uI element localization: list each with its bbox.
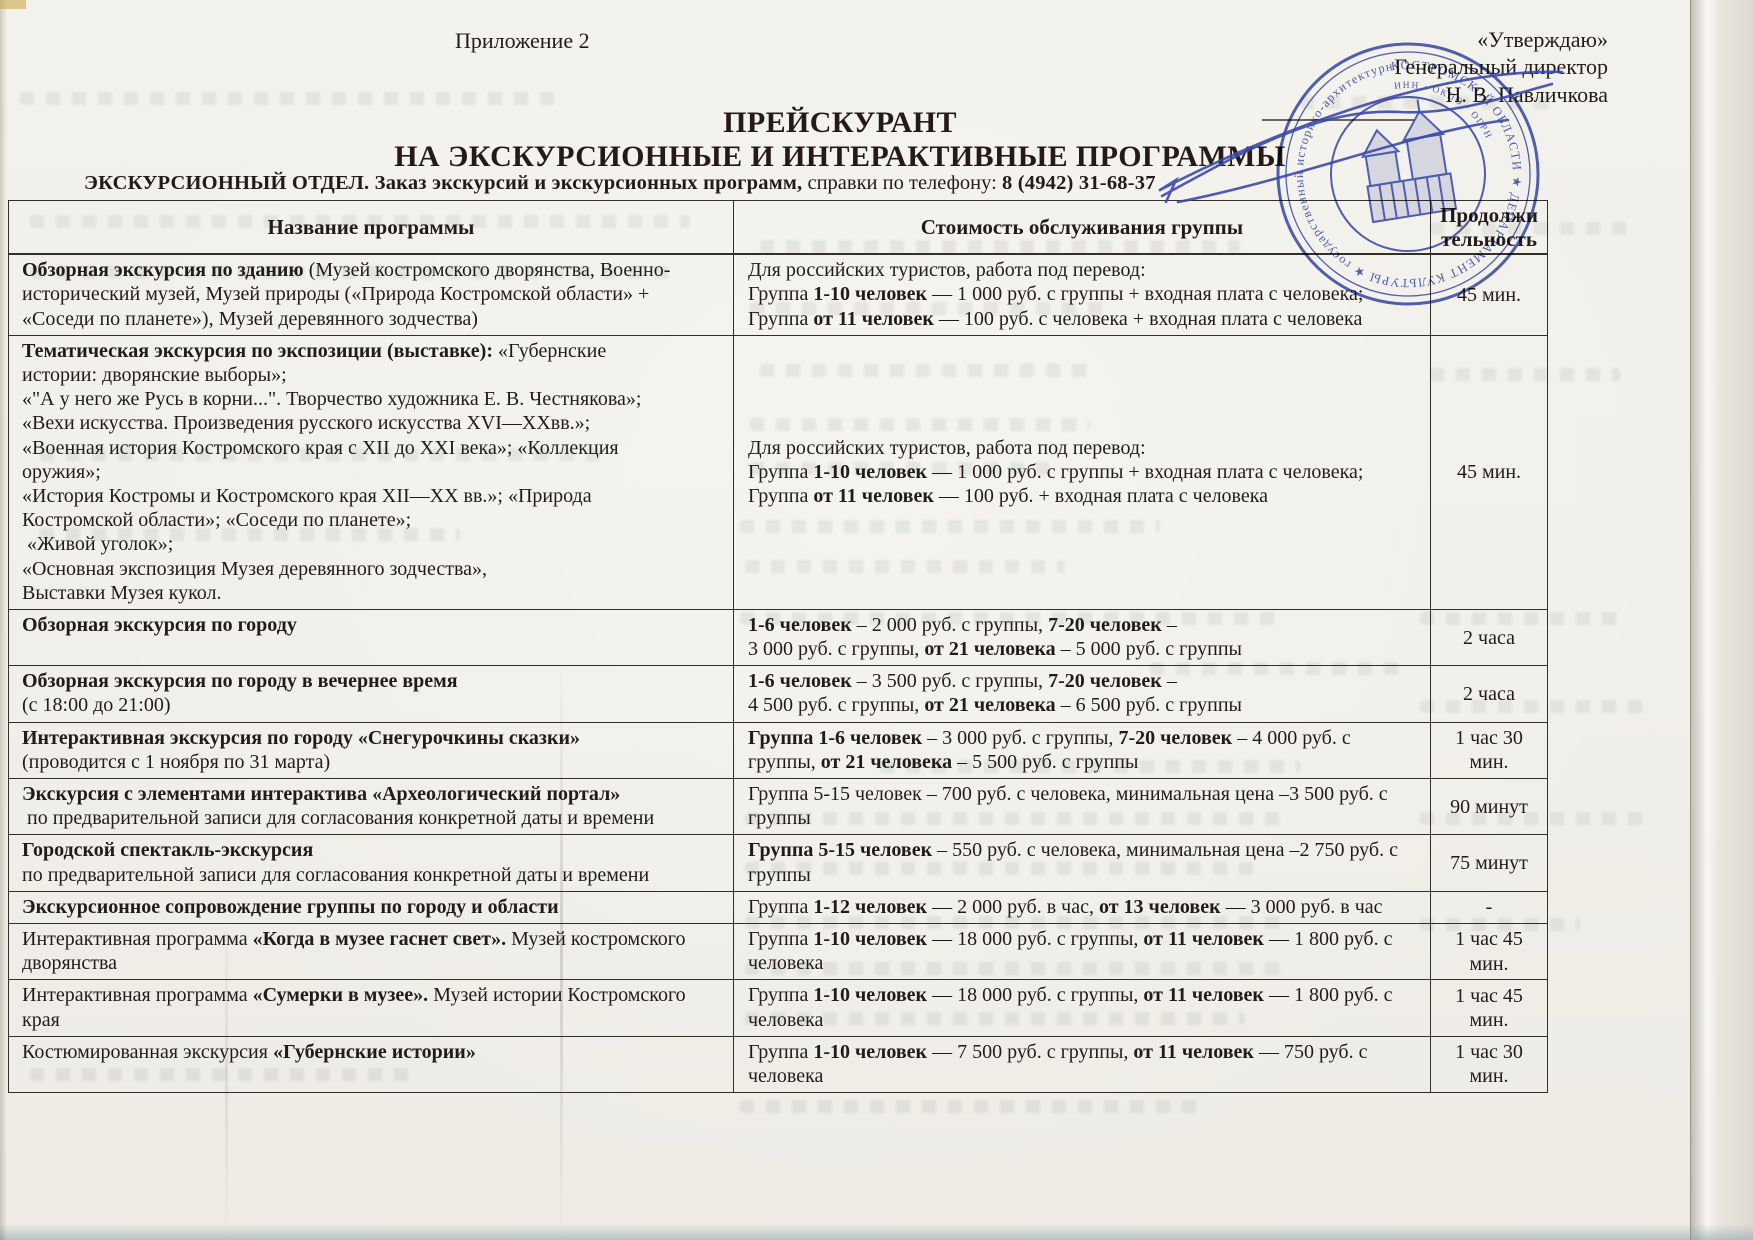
cell-line: Обзорная экскурсия по зданию (Музей кост…: [22, 258, 723, 331]
cell-line: «Военная история Костромского края с XII…: [22, 436, 723, 460]
scan-bleed-artifact: [20, 92, 560, 105]
cell-price: Группа 1-10 человек — 7 500 руб. с групп…: [734, 1036, 1431, 1092]
cell-duration: 2 часа: [1431, 666, 1548, 722]
cell-name: Обзорная экскурсия по городу: [9, 609, 734, 665]
cell-line: Группа 1-6 человек – 3 000 руб. с группы…: [748, 726, 1422, 774]
price-table-body: Обзорная экскурсия по зданию (Музей кост…: [9, 254, 1548, 1092]
cell-line: 3 000 руб. с группы, от 21 человека – 5 …: [748, 637, 1422, 661]
cell-line: 2 часа: [1434, 682, 1544, 706]
cell-price: Группа 1-10 человек — 18 000 руб. с груп…: [734, 923, 1431, 979]
cell-line: Группа 1-10 человек — 18 000 руб. с груп…: [748, 983, 1422, 1031]
cell-line: Обзорная экскурсия по городу: [22, 613, 723, 637]
cell-line: 1-6 человек – 3 500 руб. с группы, 7-20 …: [748, 669, 1422, 693]
cell-name: Тематическая экскурсия по экспозиции (вы…: [9, 335, 734, 609]
cell-line: Для российских туристов, работа под пере…: [748, 436, 1422, 460]
cell-price: Группа 1-10 человек — 18 000 руб. с груп…: [734, 980, 1431, 1036]
scan-left-shadow: [0, 0, 7, 1240]
cell-duration: 1 час 30мин.: [1431, 722, 1548, 778]
price-table: Название программы Стоимость обслуживани…: [8, 200, 1548, 1093]
subtitle-department: ЭКСКУРСИОННЫЙ ОТДЕЛ.: [84, 172, 369, 194]
cell-line: Обзорная экскурсия по городу в вечернее …: [22, 669, 723, 693]
cell-line: Группа 1-10 человек — 18 000 руб. с груп…: [748, 927, 1422, 975]
cell-duration: 1 час 45мин.: [1431, 923, 1548, 979]
cell-line: (с 18:00 до 21:00): [22, 693, 723, 717]
subtitle-phone-label: справки по телефону:: [802, 172, 1002, 194]
cell-line: мин.: [1434, 1064, 1544, 1088]
cell-line: Группа 1-12 человек — 2 000 руб. в час, …: [748, 895, 1422, 919]
cell-line: 75 минут: [1434, 851, 1544, 875]
cell-price: Группа 5-15 человек – 700 руб. с человек…: [734, 779, 1431, 835]
subtitle-order-text: Заказ экскурсий и экскурсионных программ…: [369, 172, 802, 194]
cell-line: «Вехи искусства. Произведения русского и…: [22, 411, 723, 435]
cell-line: (проводится с 1 ноября по 31 марта): [22, 750, 723, 774]
cell-line: мин.: [1434, 952, 1544, 976]
cell-name: Экскурсия с элементами интерактива «Архе…: [9, 779, 734, 835]
cell-line: Костромской области»; «Соседи по планете…: [22, 508, 723, 532]
table-row: Обзорная экскурсия по городу в вечернее …: [9, 666, 1548, 722]
cell-line: Группа 1-10 человек — 7 500 руб. с групп…: [748, 1040, 1422, 1088]
cell-line: Экскурсионное сопровождение группы по го…: [22, 895, 723, 919]
table-row: Интерактивная программа «Сумерки в музее…: [9, 980, 1548, 1036]
scan-bleed-artifact: [740, 1100, 1200, 1113]
cell-duration: 1 час 30мин.: [1431, 1036, 1548, 1092]
table-row: Костюмированная экскурсия «Губернские ис…: [9, 1036, 1548, 1092]
cell-name: Обзорная экскурсия по зданию (Музей кост…: [9, 254, 734, 335]
page-edge-fold: [1690, 0, 1753, 1240]
cell-line: Группа 5-15 человек – 700 руб. с человек…: [748, 782, 1422, 830]
cell-line: 1 час 45: [1434, 984, 1544, 1008]
cell-line: истории: дворянские выборы»;: [22, 363, 723, 387]
cell-duration: 45 мин.: [1431, 335, 1548, 609]
cell-line: Интерактивная программа «Когда в музее г…: [22, 927, 723, 975]
cell-name: Интерактивная программа «Сумерки в музее…: [9, 980, 734, 1036]
cell-duration: -: [1431, 891, 1548, 923]
cell-line: мин.: [1434, 1008, 1544, 1032]
cell-line: 1 час 45: [1434, 927, 1544, 951]
cell-line: 1 час 30: [1434, 1040, 1544, 1064]
table-row: Тематическая экскурсия по экспозиции (вы…: [9, 335, 1548, 609]
cell-line: 1-6 человек – 2 000 руб. с группы, 7-20 …: [748, 613, 1422, 637]
cell-name: Интерактивная программа «Когда в музее г…: [9, 923, 734, 979]
table-row: Интерактивная программа «Когда в музее г…: [9, 923, 1548, 979]
cell-line: «История Костромы и Костромского края XI…: [22, 484, 723, 508]
cell-line: 2 часа: [1434, 626, 1544, 650]
cell-price: 1-6 человек – 2 000 руб. с группы, 7-20 …: [734, 609, 1431, 665]
cell-line: Интерактивная программа «Сумерки в музее…: [22, 983, 723, 1031]
cell-duration: 90 минут: [1431, 779, 1548, 835]
handwritten-signature: [1100, 20, 1620, 290]
cell-price: Для российских туристов, работа под пере…: [734, 335, 1431, 609]
cell-price: Группа 1-6 человек – 3 000 руб. с группы…: [734, 722, 1431, 778]
cell-duration: 2 часа: [1431, 609, 1548, 665]
cell-name: Интерактивная экскурсия по городу «Снегу…: [9, 722, 734, 778]
cell-line: 1 час 30: [1434, 726, 1544, 750]
cell-name: Костюмированная экскурсия «Губернские ис…: [9, 1036, 734, 1092]
cell-line: оружия»;: [22, 460, 723, 484]
header-program-name: Название программы: [9, 201, 734, 255]
cell-line: Костюмированная экскурсия «Губернские ис…: [22, 1040, 723, 1064]
cell-line: по предварительной записи для согласован…: [22, 863, 723, 887]
cell-price: 1-6 человек – 3 500 руб. с группы, 7-20 …: [734, 666, 1431, 722]
cell-price: Группа 1-12 человек — 2 000 руб. в час, …: [734, 891, 1431, 923]
cell-line: по предварительной записи для согласован…: [22, 806, 723, 830]
cell-line: -: [1434, 895, 1544, 919]
table-row: Обзорная экскурсия по городу1-6 человек …: [9, 609, 1548, 665]
cell-line: Экскурсия с элементами интерактива «Архе…: [22, 782, 723, 806]
cell-duration: 75 минут: [1431, 835, 1548, 891]
cell-name: Городской спектакль-экскурсияпо предвари…: [9, 835, 734, 891]
cell-line: «"А у него же Русь в корни...". Творчест…: [22, 387, 723, 411]
cell-line: Группа 5-15 человек – 550 руб. с человек…: [748, 838, 1422, 886]
cell-line: Тематическая экскурсия по экспозиции (вы…: [22, 339, 723, 363]
cell-line: 45 мин.: [1434, 460, 1544, 484]
cell-line: Выставки Музея кукол.: [22, 581, 723, 605]
appendix-label: Приложение 2: [455, 28, 590, 54]
cell-line: мин.: [1434, 750, 1544, 774]
table-row: Экскурсионное сопровождение группы по го…: [9, 891, 1548, 923]
cell-line: «Живой уголок»;: [22, 532, 723, 556]
cell-name: Обзорная экскурсия по городу в вечернее …: [9, 666, 734, 722]
subtitle-line: ЭКСКУРСИОННЫЙ ОТДЕЛ. Заказ экскурсий и э…: [84, 172, 1156, 195]
cell-line: 4 500 руб. с группы, от 21 человека – 6 …: [748, 693, 1422, 717]
cell-line: «Основная экспозиция Музея деревянного з…: [22, 557, 723, 581]
table-row: Интерактивная экскурсия по городу «Снегу…: [9, 722, 1548, 778]
scan-corner-artifact: [0, 0, 26, 9]
table-row: Экскурсия с элементами интерактива «Архе…: [9, 779, 1548, 835]
cell-line: Группа 1-10 человек — 1 000 руб. с групп…: [748, 460, 1422, 484]
scan-bottom-shadow: [0, 1224, 1753, 1240]
cell-line: Группа от 11 человек — 100 руб. + входна…: [748, 484, 1422, 508]
cell-duration: 1 час 45мин.: [1431, 980, 1548, 1036]
cell-name: Экскурсионное сопровождение группы по го…: [9, 891, 734, 923]
cell-line: Интерактивная экскурсия по городу «Снегу…: [22, 726, 723, 750]
cell-line: 90 минут: [1434, 795, 1544, 819]
cell-price: Группа 5-15 человек – 550 руб. с человек…: [734, 835, 1431, 891]
table-row: Городской спектакль-экскурсияпо предвари…: [9, 835, 1548, 891]
cell-line: Городской спектакль-экскурсия: [22, 838, 723, 862]
